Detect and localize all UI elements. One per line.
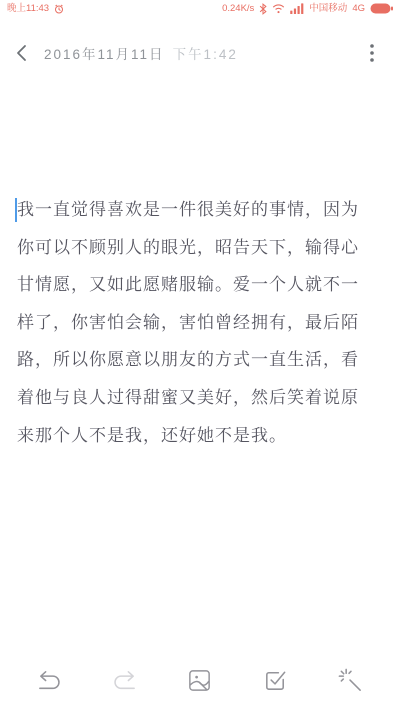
editor-toolbar (0, 649, 400, 711)
signal-icon (290, 3, 304, 14)
net-speed: 0.24K/s (222, 0, 254, 17)
undo-button[interactable] (22, 652, 78, 708)
more-menu-icon (370, 44, 374, 62)
more-menu-button[interactable] (352, 30, 392, 76)
status-left: 晚上11:43 (7, 0, 64, 17)
alarm-icon (54, 4, 64, 14)
battery-icon (370, 3, 393, 14)
undo-icon (36, 667, 63, 694)
insert-image-icon (186, 667, 213, 694)
note-timestamp: 2016年11月11日 下午1:42 (44, 43, 238, 63)
status-time: 晚上11:43 (7, 0, 49, 17)
checklist-icon (262, 667, 289, 694)
redo-button[interactable] (97, 652, 153, 708)
carrier-label: 中国移动 (309, 0, 347, 17)
note-editor[interactable]: 我一直觉得喜欢是一件很美好的事情，因为 你可以不顾别人的眼光，昭告天下，输得心 … (0, 76, 400, 649)
back-chevron-icon (14, 44, 30, 62)
insert-image-button[interactable] (172, 652, 228, 708)
network-type: 4G (352, 0, 365, 17)
status-right: 0.24K/s 中国移动 4G (222, 0, 393, 17)
back-button[interactable] (0, 30, 44, 76)
status-bar: 晚上11:43 0.24K/s 中国移动 4G (0, 0, 400, 17)
magic-wand-button[interactable] (322, 652, 378, 708)
wifi-icon (272, 3, 285, 14)
note-app-screen: { "status_bar": { "time": "晚上11:43", "ne… (0, 0, 400, 711)
note-date: 2016年11月11日 (44, 43, 165, 63)
note-header: 2016年11月11日 下午1:42 (0, 30, 400, 76)
note-time: 下午1:42 (173, 43, 238, 63)
magic-wand-icon (337, 667, 364, 694)
redo-icon (111, 667, 138, 694)
checklist-button[interactable] (247, 652, 303, 708)
bluetooth-icon (259, 3, 267, 15)
note-text[interactable]: 我一直觉得喜欢是一件很美好的事情，因为 你可以不顾别人的眼光，昭告天下，输得心 … (17, 191, 384, 454)
